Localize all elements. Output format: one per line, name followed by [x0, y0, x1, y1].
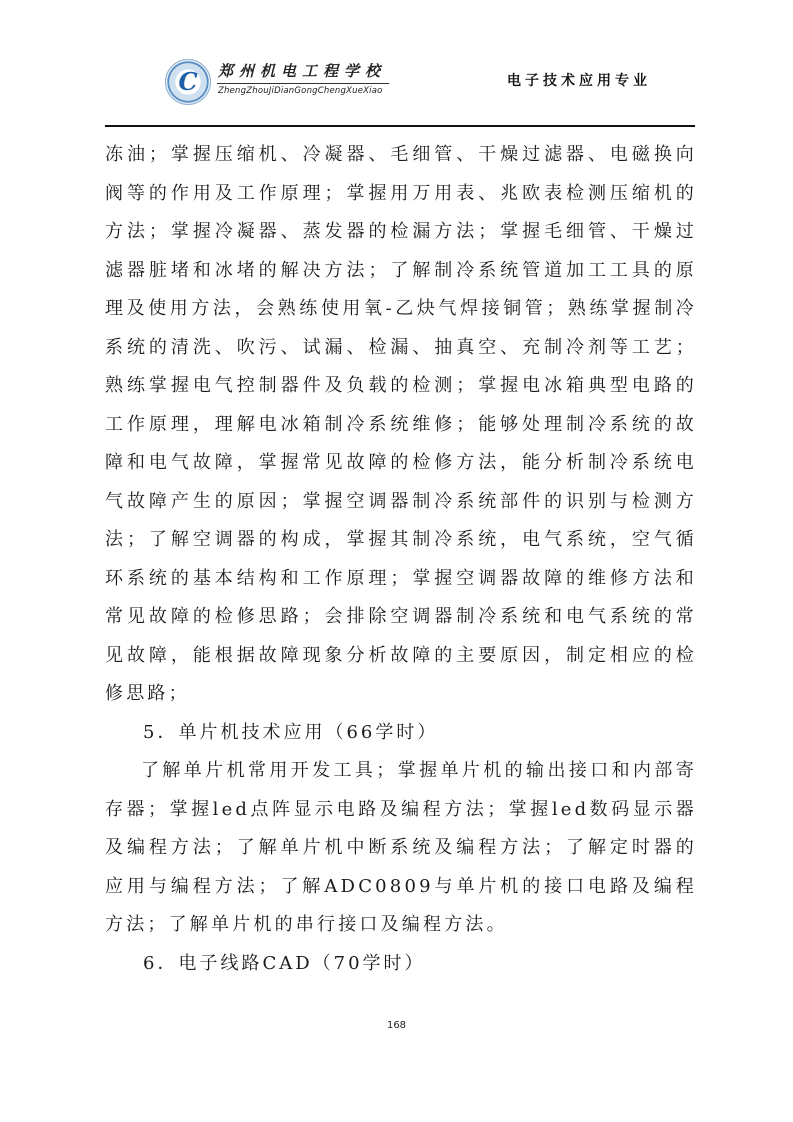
- section-heading-6: 6．电子线路CAD（70学时）: [105, 945, 697, 984]
- school-name-en: ZhengZhouJiDianGongChengXueXiao: [218, 86, 383, 96]
- page-header: C 郑州机电工程学校 ZhengZhouJiDianGongChengXueXi…: [105, 40, 695, 126]
- page-content: 冻油；掌握压缩机、冷凝器、毛细管、干燥过滤器、电磁换向阀等的作用及工作原理；掌握…: [105, 136, 697, 983]
- school-name-divider: [217, 83, 389, 84]
- section-body-5: 了解单片机常用开发工具；掌握单片机的输出接口和内部寄存器；掌握led点阵显示电路…: [105, 752, 697, 945]
- major-title: 电子技术应用专业: [507, 70, 651, 90]
- section-heading-5: 5．单片机技术应用（66学时）: [105, 714, 697, 753]
- school-name-cn: 郑州机电工程学校: [218, 60, 386, 81]
- page-number: 168: [0, 1020, 793, 1031]
- header-rule: [105, 125, 695, 127]
- school-emblem-icon: C: [165, 59, 211, 105]
- continued-paragraph: 冻油；掌握压缩机、冷凝器、毛细管、干燥过滤器、电磁换向阀等的作用及工作原理；掌握…: [105, 136, 697, 714]
